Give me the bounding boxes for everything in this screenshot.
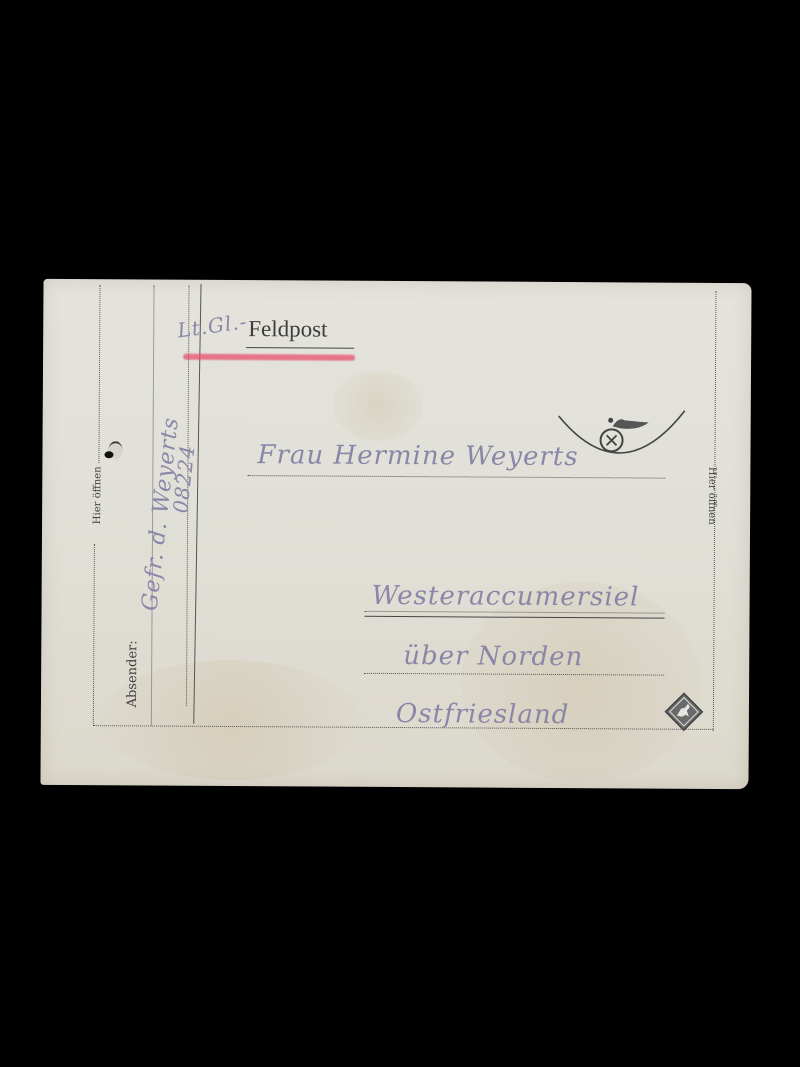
paper-stain [333, 371, 423, 442]
recipient-name: Frau Hermine Weyerts [257, 440, 578, 472]
recipient-region: Ostfriesland [396, 699, 570, 730]
recipient-place: Westeraccumersiel [372, 581, 640, 613]
open-here-left: Hier öffnen [92, 466, 103, 524]
feldpost-card: Hier öffnen Absender: Hier öffnen Gefr. … [40, 279, 751, 789]
address-line-1 [247, 475, 665, 479]
open-here-right: Hier öffnen [706, 467, 717, 525]
sender-divider [193, 284, 201, 724]
fold-line-top [98, 285, 100, 463]
red-crayon-mark [183, 354, 355, 361]
sender-label: Absender: [125, 640, 140, 707]
fold-line-bottom [93, 544, 95, 724]
card-title: Feldpost [248, 316, 327, 342]
title-prefix-handwritten: Lt.Gl.- [176, 309, 249, 342]
title-underline [246, 347, 354, 349]
punch-hole-shadow [104, 451, 113, 458]
horse-emblem-icon [663, 691, 705, 733]
recipient-via: über Norden [403, 641, 583, 672]
